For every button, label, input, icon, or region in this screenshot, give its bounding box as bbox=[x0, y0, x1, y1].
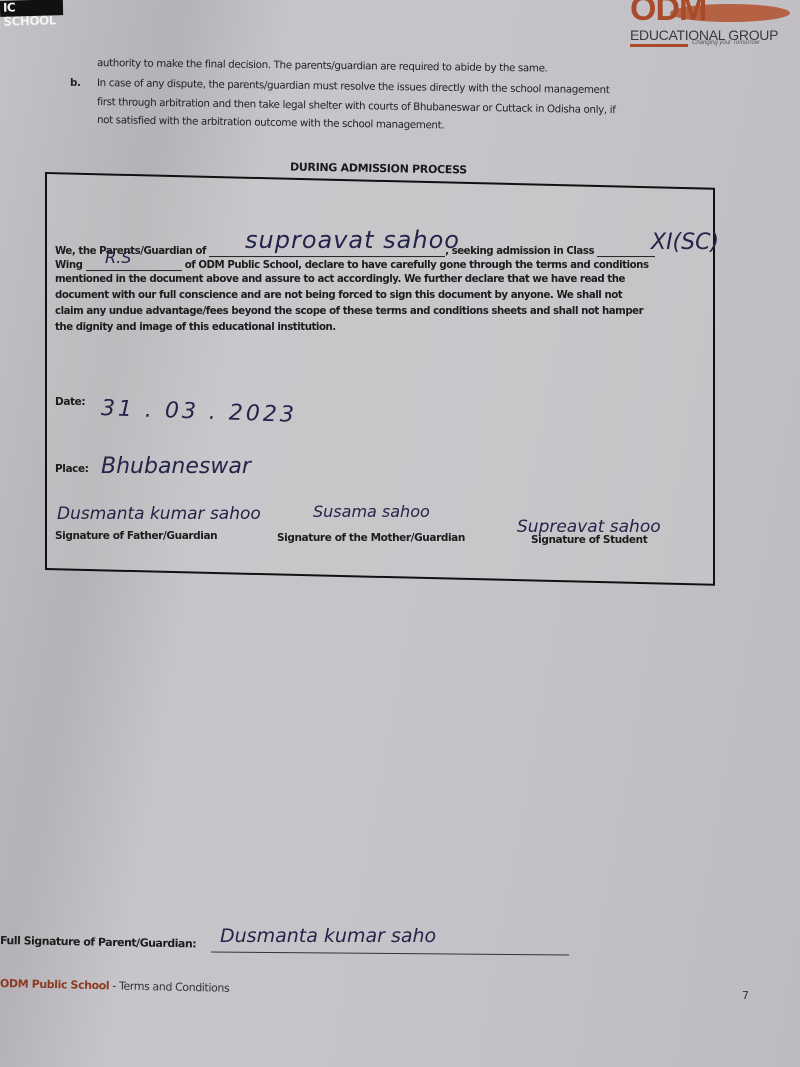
footer-separator: - bbox=[109, 979, 119, 992]
wing-value: R.S bbox=[105, 248, 131, 267]
wing-label: Wing bbox=[55, 260, 82, 271]
declaration-line-2: Wing of ODM Public School, declare to ha… bbox=[55, 258, 649, 271]
mother-signature-label: Signature of the Mother/Guardian bbox=[277, 532, 465, 544]
clause-b-line: first through arbitration and then take … bbox=[97, 96, 616, 116]
clause-b-line: not satisfied with the arbitration outco… bbox=[97, 114, 444, 131]
declaration-line: mentioned in the document above and assu… bbox=[55, 274, 625, 285]
admission-declaration-box: We, the Parents/Guardian of , seeking ad… bbox=[45, 172, 715, 586]
wing-field[interactable] bbox=[86, 258, 182, 271]
declaration-line: document with our full conscience and ar… bbox=[55, 290, 622, 301]
odm-educational-group-logo: ODM EDUCATIONAL GROUP Changing your Tomo… bbox=[600, 0, 790, 52]
logo-tagline: Changing your Tomorrow bbox=[692, 40, 759, 46]
date-label: Date: bbox=[55, 396, 85, 408]
class-value: XI(SC) bbox=[651, 230, 719, 255]
wing-suffix: of ODM Public School, declare to have ca… bbox=[185, 260, 649, 271]
declaration-line: the dignity and image of this educationa… bbox=[55, 322, 336, 333]
logo-brand-name: ODM bbox=[630, 0, 706, 29]
date-value: 31 . 03 . 2023 bbox=[101, 396, 298, 428]
school-logo-fragment: IC SCHOOL bbox=[0, 0, 63, 17]
class-field[interactable] bbox=[597, 242, 655, 257]
father-signature-value: Dusmanta kumar sahoo bbox=[57, 504, 261, 524]
declaration-mid: , seeking admission in Class bbox=[445, 246, 594, 257]
place-value: Bhubaneswar bbox=[101, 454, 251, 479]
full-signature-value: Dusmanta kumar saho bbox=[220, 925, 436, 947]
page-number: 7 bbox=[742, 989, 749, 1002]
student-signature-label: Signature of Student bbox=[531, 534, 647, 546]
footer-title: Terms and Conditions bbox=[119, 979, 230, 994]
clause-continuation: authority to make the final decision. Th… bbox=[97, 57, 548, 75]
footer-brand: ODM Public School bbox=[0, 977, 109, 992]
mother-signature-value: Susama sahoo bbox=[313, 502, 430, 521]
clause-b-line: In case of any dispute, the parents/guar… bbox=[97, 77, 610, 96]
student-name-value: suproavat sahoo bbox=[245, 226, 460, 254]
page-footer: ODM Public School - Terms and Conditions bbox=[0, 977, 229, 995]
declaration-line: claim any undue advantage/fees beyond th… bbox=[55, 306, 643, 317]
clause-b-marker: b. bbox=[70, 77, 81, 89]
full-signature-label: Full Signature of Parent/Guardian: bbox=[0, 934, 196, 950]
full-signature-line[interactable] bbox=[211, 951, 569, 955]
father-signature-label: Signature of Father/Guardian bbox=[55, 530, 217, 542]
place-label: Place: bbox=[55, 463, 89, 475]
logo-accent-bar bbox=[630, 44, 688, 47]
